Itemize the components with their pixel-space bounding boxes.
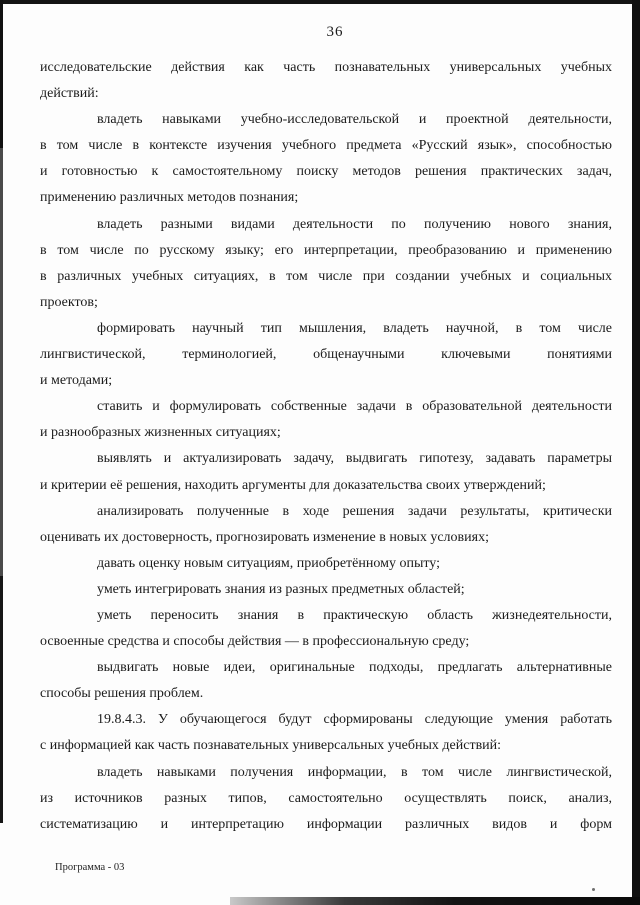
text-line: в различных учебных ситуациях, в том чис… — [40, 264, 612, 290]
text-line: и методами; — [40, 368, 612, 394]
text-line: в том числе по русскому языку; его интер… — [40, 238, 612, 264]
text-line: ставить и формулировать собственные зада… — [40, 394, 612, 420]
text-line: владеть навыками получения информации, в… — [40, 760, 612, 786]
text-line: анализировать полученные в ходе решения … — [40, 499, 612, 525]
scan-border-bottom — [230, 897, 640, 905]
text-line: и критерии её решения, находить аргумент… — [40, 473, 612, 499]
text-line: оценивать их достоверность, прогнозирова… — [40, 525, 612, 551]
text-line: освоенные средства и способы действия — … — [40, 629, 612, 655]
page-number: 36 — [30, 24, 640, 41]
document-page: 36 исследовательские действия как часть … — [0, 0, 640, 905]
scan-speck — [592, 888, 595, 891]
text-line: выдвигать новые идеи, оригинальные подхо… — [40, 655, 612, 681]
text-line: лингвистической, терминологией, общенауч… — [40, 342, 612, 368]
text-line: проектов; — [40, 290, 612, 316]
document-body: исследовательские действия как часть поз… — [40, 55, 612, 838]
text-line: уметь интегрировать знания из разных пре… — [40, 577, 612, 603]
text-line: с информацией как часть познавательных у… — [40, 733, 612, 759]
text-line: систематизацию и интерпретацию информаци… — [40, 812, 612, 838]
text-line: и разнообразных жизненных ситуациях; — [40, 420, 612, 446]
text-line: в том числе в контексте изучения учебног… — [40, 133, 612, 159]
text-line: давать оценку новым ситуациям, приобретё… — [40, 551, 612, 577]
text-line: применению различных методов познания; — [40, 185, 612, 211]
text-line: из источников разных типов, самостоятель… — [40, 786, 612, 812]
text-line: исследовательские действия как часть поз… — [40, 55, 612, 81]
text-line: владеть разными видами деятельности по п… — [40, 212, 612, 238]
text-line: 19.8.4.3. У обучающегося будут сформиров… — [40, 707, 612, 733]
footer-label: Программа - 03 — [55, 862, 124, 873]
scan-border-left — [0, 0, 3, 823]
text-line: владеть навыками учебно-исследовательско… — [40, 107, 612, 133]
text-line: уметь переносить знания в практическую о… — [40, 603, 612, 629]
text-line: способы решения проблем. — [40, 681, 612, 707]
text-line: формировать научный тип мышления, владет… — [40, 316, 612, 342]
scan-border-right — [632, 0, 640, 905]
text-line: выявлять и актуализировать задачу, выдви… — [40, 446, 612, 472]
text-line: действий: — [40, 81, 612, 107]
scan-border-top — [0, 0, 640, 4]
text-line: и готовностью к самостоятельному поиску … — [40, 159, 612, 185]
